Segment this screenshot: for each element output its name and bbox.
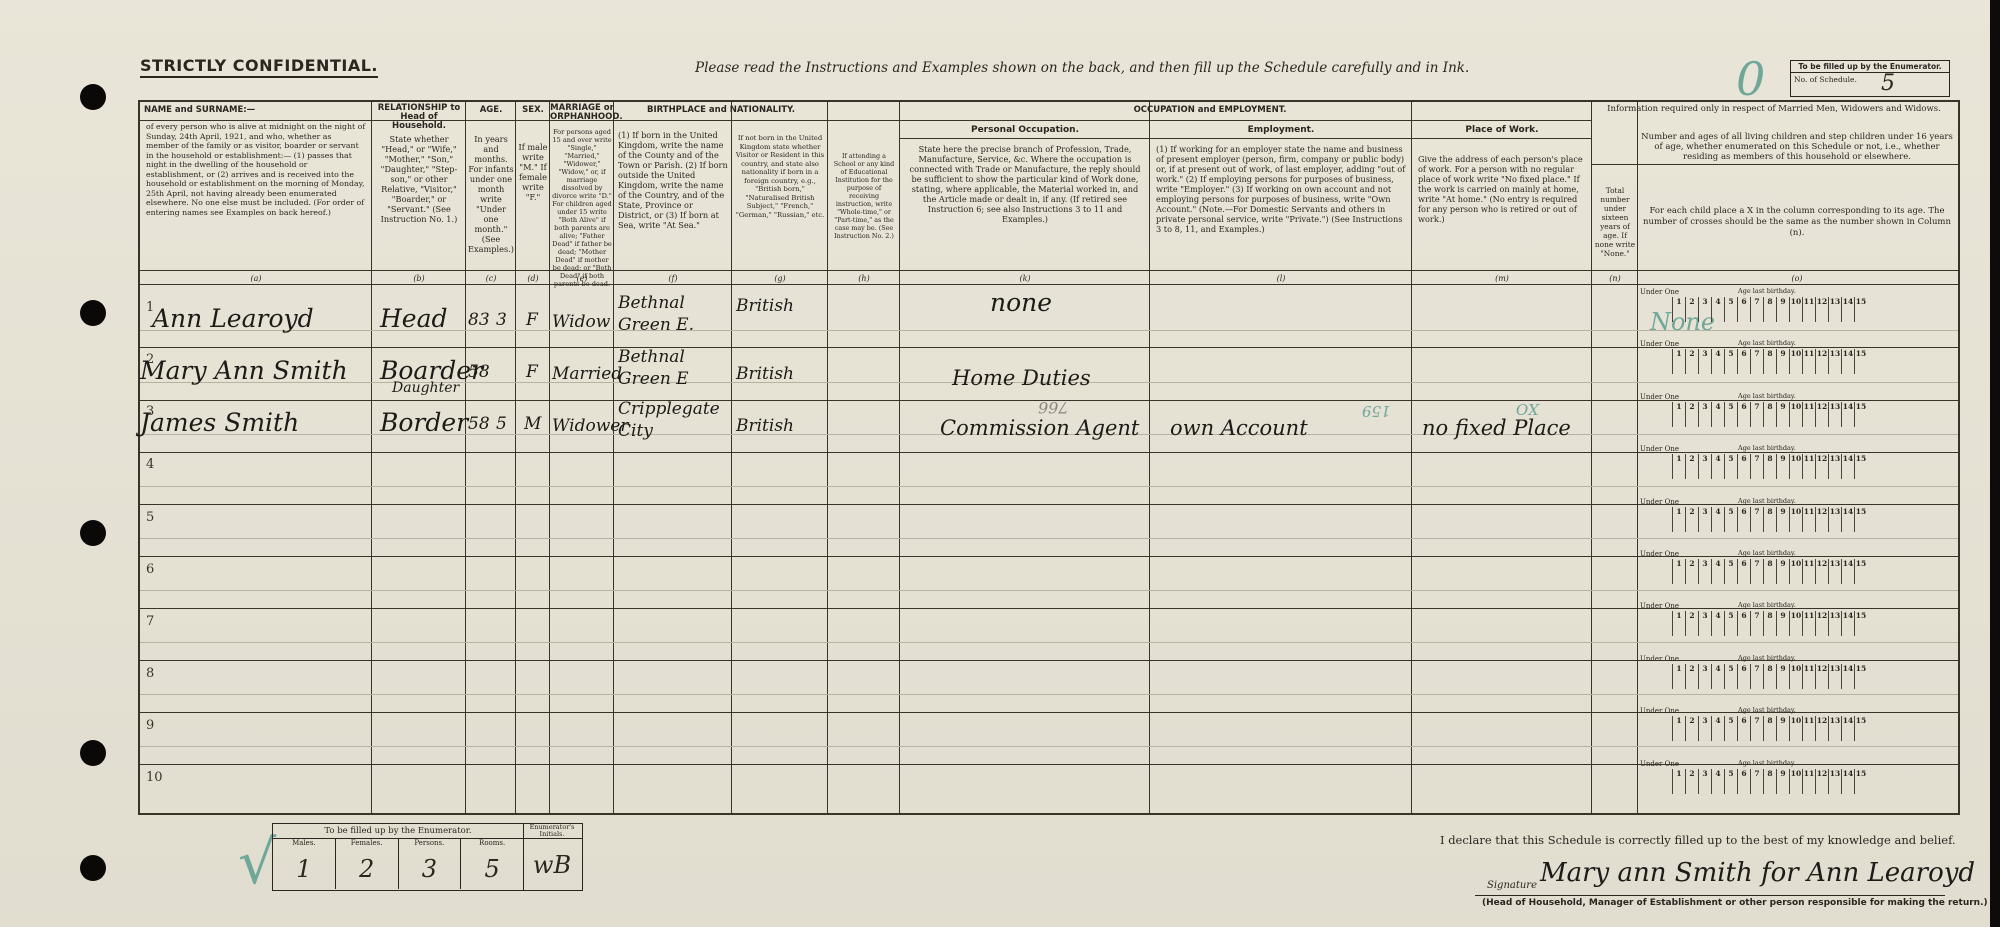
divider — [900, 138, 1592, 139]
age-cell-6[interactable]: 6 — [1737, 402, 1750, 427]
age-cell-13[interactable]: 13 — [1828, 664, 1841, 689]
row2-occupation: Home Duties — [952, 366, 1091, 390]
column-f: BIRTHPLACE and NATIONALITY. (1) If born … — [614, 102, 732, 813]
row1-age-years: 83 — [468, 310, 490, 330]
age-cell-7[interactable]: 7 — [1750, 664, 1763, 689]
age-cell-3[interactable]: 3 — [1698, 611, 1711, 636]
age-cell-5[interactable]: 5 — [1724, 297, 1737, 322]
age-cell-3[interactable]: 3 — [1698, 507, 1711, 532]
row1-birthplace: Bethnal Green E. — [618, 292, 728, 336]
enumerator-summary-box: To be filled up by the Enumerator. Males… — [272, 823, 524, 891]
age-cell-9[interactable]: 9 — [1776, 611, 1789, 636]
column-c: AGE. In years and months. For infants un… — [466, 102, 516, 813]
age-last-birthday-label: Age last birthday. — [1738, 497, 1796, 505]
column-b-letter: (b) — [372, 274, 466, 283]
age-last-birthday-label: Age last birthday. — [1738, 601, 1796, 609]
age-cell-15[interactable]: 15 — [1854, 611, 1867, 636]
column-b-header: RELATIONSHIP to Head of Household. — [374, 104, 464, 131]
column-k-header: Personal Occupation. — [900, 126, 1150, 135]
children-crosses-instructions: For each child place a X in the column c… — [1642, 206, 1952, 239]
column-k-letter: (k) — [900, 274, 1150, 283]
age-cell-12[interactable]: 12 — [1815, 559, 1828, 584]
age-cell-2[interactable]: 2 — [1685, 611, 1698, 636]
child-grid-row: Under One Age last birthday. 12345678910… — [1638, 494, 1956, 535]
age-cell-12[interactable]: 12 — [1815, 769, 1828, 794]
age-cell-6[interactable]: 6 — [1737, 716, 1750, 741]
age-cell-14[interactable]: 14 — [1841, 559, 1854, 584]
initials-label: Enumerator's Initials. — [522, 824, 582, 839]
column-f-instructions: (1) If born in the United Kingdom, write… — [618, 130, 728, 230]
age-columns: 123456789101112131415 — [1672, 716, 1867, 741]
row2-nationality: British — [736, 364, 794, 384]
age-cell-13[interactable]: 13 — [1828, 716, 1841, 741]
age-cell-11[interactable]: 11 — [1802, 402, 1815, 427]
column-g-instructions: If not born in the United Kingdom state … — [735, 134, 825, 219]
age-cell-13[interactable]: 13 — [1828, 769, 1841, 794]
age-cell-2[interactable]: 2 — [1685, 716, 1698, 741]
age-cell-13[interactable]: 13 — [1828, 559, 1841, 584]
age-cell-8[interactable]: 8 — [1763, 769, 1776, 794]
age-cell-13[interactable]: 13 — [1828, 611, 1841, 636]
age-cell-9[interactable]: 9 — [1776, 402, 1789, 427]
schedule-number-label: No. of Schedule. — [1794, 75, 1857, 84]
age-cell-1[interactable]: 1 — [1672, 664, 1685, 689]
rooms-field[interactable]: Rooms.5 — [461, 839, 523, 889]
age-cell-3[interactable]: 3 — [1698, 664, 1711, 689]
census-form-table: NAME and SURNAME:— of every person who i… — [138, 100, 1960, 815]
column-n: Total number under sixteen years of age.… — [1592, 102, 1638, 813]
age-cell-11[interactable]: 11 — [1802, 716, 1815, 741]
age-cell-11[interactable]: 11 — [1802, 297, 1815, 322]
age-cell-1[interactable]: 1 — [1672, 297, 1685, 322]
age-cell-4[interactable]: 4 — [1711, 507, 1724, 532]
age-cell-15[interactable]: 15 — [1854, 402, 1867, 427]
row1-name: Ann Learoyd — [152, 304, 314, 333]
age-cell-10[interactable]: 10 — [1789, 402, 1802, 427]
age-cell-12[interactable]: 12 — [1815, 507, 1828, 532]
age-columns: 123456789101112131415 — [1672, 559, 1867, 584]
age-cell-11[interactable]: 11 — [1802, 611, 1815, 636]
age-cell-5[interactable]: 5 — [1724, 349, 1737, 374]
under-one-label: Under One — [1640, 760, 1679, 768]
age-cell-2[interactable]: 2 — [1685, 507, 1698, 532]
column-k-instructions: State here the precise branch of Profess… — [906, 144, 1144, 224]
row3-place-code: XO — [1516, 400, 1539, 418]
child-grid-row: Under One Age last birthday. 12345678910… — [1638, 651, 1956, 692]
age-cell-4[interactable]: 4 — [1711, 716, 1724, 741]
age-cell-6[interactable]: 6 — [1737, 454, 1750, 479]
age-last-birthday-label: Age last birthday. — [1738, 759, 1796, 767]
females-value: 2 — [336, 855, 398, 883]
age-cell-5[interactable]: 5 — [1724, 454, 1737, 479]
column-c-header: AGE. — [466, 106, 516, 115]
age-cell-14[interactable]: 14 — [1841, 454, 1854, 479]
row3-nationality: British — [736, 416, 794, 436]
column-m-letter: (m) — [1412, 274, 1592, 283]
age-cell-1[interactable]: 1 — [1672, 454, 1685, 479]
persons-value: 3 — [399, 855, 461, 883]
age-cell-6[interactable]: 6 — [1737, 611, 1750, 636]
column-d-header: SEX. — [516, 106, 550, 115]
margin-annotation: 0 — [1736, 52, 1765, 106]
age-cell-8[interactable]: 8 — [1763, 349, 1776, 374]
row3-place-of-work: no fixed Place — [1422, 416, 1571, 440]
age-cell-9[interactable]: 9 — [1776, 297, 1789, 322]
age-cell-15[interactable]: 15 — [1854, 664, 1867, 689]
age-cell-6[interactable]: 6 — [1737, 769, 1750, 794]
scan-border — [1990, 0, 2000, 927]
age-columns: 123456789101112131415 — [1672, 507, 1867, 532]
age-cell-8[interactable]: 8 — [1763, 454, 1776, 479]
age-cell-15[interactable]: 15 — [1854, 716, 1867, 741]
punch-hole — [80, 520, 106, 546]
row-number: 4 — [146, 457, 154, 472]
age-cell-7[interactable]: 7 — [1750, 454, 1763, 479]
age-cell-12[interactable]: 12 — [1815, 454, 1828, 479]
persons-field[interactable]: Persons.3 — [399, 839, 462, 889]
under-one-label: Under One — [1640, 707, 1679, 715]
age-cell-4[interactable]: 4 — [1711, 769, 1724, 794]
under-one-label: Under One — [1640, 340, 1679, 348]
age-cell-8[interactable]: 8 — [1763, 507, 1776, 532]
age-cell-4[interactable]: 4 — [1711, 611, 1724, 636]
rooms-value: 5 — [461, 855, 523, 883]
age-cell-12[interactable]: 12 — [1815, 297, 1828, 322]
under-one-label: Under One — [1640, 498, 1679, 506]
age-cell-1[interactable]: 1 — [1672, 611, 1685, 636]
child-grid-row: Under One Age last birthday. 12345678910… — [1638, 284, 1956, 325]
age-last-birthday-label: Age last birthday. — [1738, 706, 1796, 714]
age-cell-1[interactable]: 1 — [1672, 402, 1685, 427]
column-l-instructions: (1) If working for an employer state the… — [1156, 144, 1406, 234]
age-cell-14[interactable]: 14 — [1841, 664, 1854, 689]
punch-hole — [80, 855, 106, 881]
age-cell-15[interactable]: 15 — [1854, 507, 1867, 532]
age-cell-14[interactable]: 14 — [1841, 349, 1854, 374]
under-one-label: Under One — [1640, 550, 1679, 558]
under-one-label: Under One — [1640, 393, 1679, 401]
age-columns: 123456789101112131415 — [1672, 454, 1867, 479]
column-b: RELATIONSHIP to Head of Household. State… — [372, 102, 466, 813]
age-cell-1[interactable]: 1 — [1672, 559, 1685, 584]
age-cell-2[interactable]: 2 — [1685, 769, 1698, 794]
age-cell-1[interactable]: 1 — [1672, 507, 1685, 532]
row-number: 10 — [146, 770, 163, 785]
column-m-instructions: Give the address of each person's place … — [1418, 154, 1586, 224]
row1-sex: F — [526, 310, 538, 330]
age-cell-1[interactable]: 1 — [1672, 716, 1685, 741]
child-grid-row: Under One Age last birthday. 12345678910… — [1638, 703, 1956, 744]
row3-occupation: Commission Agent — [940, 416, 1139, 440]
age-cell-7[interactable]: 7 — [1750, 611, 1763, 636]
age-cell-12[interactable]: 12 — [1815, 349, 1828, 374]
row2-birthplace: Bethnal Green E — [618, 346, 728, 390]
tick-mark: √ — [238, 828, 276, 898]
under-one-label: Under One — [1640, 602, 1679, 610]
age-cell-13[interactable]: 13 — [1828, 297, 1841, 322]
divider — [140, 120, 614, 121]
age-cell-8[interactable]: 8 — [1763, 716, 1776, 741]
signature-label: Signature — [1487, 880, 1537, 891]
age-cell-10[interactable]: 10 — [1789, 297, 1802, 322]
age-cell-3[interactable]: 3 — [1698, 349, 1711, 374]
under-one-label: Under One — [1640, 288, 1679, 296]
row3-marriage: Widower — [552, 416, 628, 436]
initials-value: wB — [522, 851, 582, 879]
rooms-label: Rooms. — [461, 839, 523, 847]
age-cell-12[interactable]: 12 — [1815, 664, 1828, 689]
enumerator-initials-box[interactable]: Enumerator's Initials. wB — [522, 823, 583, 891]
signature-line — [1475, 895, 1945, 896]
age-cell-12[interactable]: 12 — [1815, 402, 1828, 427]
column-h-letter: (h) — [828, 274, 900, 283]
signature-caption: (Head of Household, Manager of Establish… — [1482, 898, 1988, 908]
declaration-text: I declare that this Schedule is correctl… — [1440, 833, 1956, 847]
age-cell-7[interactable]: 7 — [1750, 769, 1763, 794]
age-cell-6[interactable]: 6 — [1737, 507, 1750, 532]
column-a: NAME and SURNAME:— of every person who i… — [140, 102, 372, 813]
column-e: MARRIAGE or ORPHANHOOD. For persons aged… — [550, 102, 614, 813]
age-cell-5[interactable]: 5 — [1724, 611, 1737, 636]
age-last-birthday-label: Age last birthday. — [1738, 654, 1796, 662]
age-cell-8[interactable]: 8 — [1763, 402, 1776, 427]
column-l: Employment. (1) If working for an employ… — [1150, 102, 1412, 813]
age-last-birthday-label: Age last birthday. — [1738, 444, 1796, 452]
age-cell-4[interactable]: 4 — [1711, 402, 1724, 427]
age-cell-11[interactable]: 11 — [1802, 559, 1815, 584]
occupation-group-header: OCCUPATION and EMPLOYMENT. — [828, 106, 1592, 115]
row1-occupation: none — [990, 288, 1052, 317]
age-cell-9[interactable]: 9 — [1776, 769, 1789, 794]
age-cell-13[interactable]: 13 — [1828, 349, 1841, 374]
age-cell-11[interactable]: 11 — [1802, 769, 1815, 794]
age-cell-10[interactable]: 10 — [1789, 769, 1802, 794]
column-m-header: Place of Work. — [1412, 126, 1592, 135]
age-cell-10[interactable]: 10 — [1789, 349, 1802, 374]
row1-age-months: 3 — [496, 310, 507, 330]
column-f-letter: (f) — [614, 274, 732, 283]
age-cell-11[interactable]: 11 — [1802, 507, 1815, 532]
age-cell-2[interactable]: 2 — [1685, 664, 1698, 689]
age-cell-11[interactable]: 11 — [1802, 349, 1815, 374]
age-cell-10[interactable]: 10 — [1789, 716, 1802, 741]
row3-employment-code: 159 — [1362, 402, 1391, 420]
age-cell-12[interactable]: 12 — [1815, 611, 1828, 636]
age-cell-14[interactable]: 14 — [1841, 297, 1854, 322]
age-columns: 123456789101112131415 — [1672, 297, 1867, 322]
row-number: 5 — [146, 510, 154, 525]
row-number: 7 — [146, 614, 154, 629]
column-d-letter: (d) — [516, 274, 550, 283]
age-cell-7[interactable]: 7 — [1750, 297, 1763, 322]
age-cell-14[interactable]: 14 — [1841, 716, 1854, 741]
males-label: Males. — [273, 839, 335, 847]
age-cell-4[interactable]: 4 — [1711, 349, 1724, 374]
age-cell-9[interactable]: 9 — [1776, 507, 1789, 532]
age-cell-14[interactable]: 14 — [1841, 611, 1854, 636]
age-cell-3[interactable]: 3 — [1698, 402, 1711, 427]
age-cell-5[interactable]: 5 — [1724, 507, 1737, 532]
widow-info-header: Information required only in respect of … — [1596, 104, 1952, 114]
column-n-letter: (n) — [1592, 274, 1638, 283]
column-a-letter: (a) — [140, 274, 372, 283]
row3-age-months: 5 — [496, 414, 507, 434]
age-cell-10[interactable]: 10 — [1789, 507, 1802, 532]
age-cell-3[interactable]: 3 — [1698, 769, 1711, 794]
schedule-number-box: To be filled up by the Enumerator. No. o… — [1790, 60, 1950, 97]
age-cell-6[interactable]: 6 — [1737, 664, 1750, 689]
age-cell-6[interactable]: 6 — [1737, 559, 1750, 584]
age-cell-3[interactable]: 3 — [1698, 559, 1711, 584]
age-columns: 123456789101112131415 — [1672, 402, 1867, 427]
age-cell-13[interactable]: 13 — [1828, 454, 1841, 479]
age-cell-10[interactable]: 10 — [1789, 611, 1802, 636]
age-columns: 123456789101112131415 — [1672, 611, 1867, 636]
row2-name: Mary Ann Smith — [140, 356, 348, 385]
row2-marriage: Married — [552, 364, 622, 384]
age-cell-9[interactable]: 9 — [1776, 349, 1789, 374]
age-cell-11[interactable]: 11 — [1802, 664, 1815, 689]
age-cell-15[interactable]: 15 — [1854, 349, 1867, 374]
column-l-letter: (l) — [1150, 274, 1412, 283]
age-cell-4[interactable]: 4 — [1711, 664, 1724, 689]
age-cell-12[interactable]: 12 — [1815, 716, 1828, 741]
males-field[interactable]: Males.1 — [273, 839, 336, 889]
child-grid-row: Under One Age last birthday. 12345678910… — [1638, 546, 1956, 587]
age-cell-3[interactable]: 3 — [1698, 716, 1711, 741]
age-cell-10[interactable]: 10 — [1789, 664, 1802, 689]
females-field[interactable]: Females.2 — [336, 839, 399, 889]
row2-age-years: 58 — [468, 362, 490, 382]
age-cell-1[interactable]: 1 — [1672, 769, 1685, 794]
column-c-instructions: In years and months. For infants under o… — [468, 134, 514, 254]
age-cell-14[interactable]: 14 — [1841, 402, 1854, 427]
females-label: Females. — [336, 839, 398, 847]
age-cell-9[interactable]: 9 — [1776, 559, 1789, 584]
punch-hole — [80, 84, 106, 110]
row2-relationship-correction: Daughter — [392, 380, 459, 396]
age-cell-15[interactable]: 15 — [1854, 559, 1867, 584]
age-cell-5[interactable]: 5 — [1724, 559, 1737, 584]
age-cell-10[interactable]: 10 — [1789, 559, 1802, 584]
age-cell-13[interactable]: 13 — [1828, 507, 1841, 532]
age-cell-4[interactable]: 4 — [1711, 297, 1724, 322]
child-grid-row: Under One Age last birthday. 12345678910… — [1638, 441, 1956, 482]
instruction-banner: Please read the Instructions and Example… — [695, 60, 1469, 76]
age-cell-7[interactable]: 7 — [1750, 559, 1763, 584]
schedule-number-value: 5 — [1881, 71, 1895, 96]
persons-label: Persons. — [399, 839, 461, 847]
column-a-header: NAME and SURNAME:— — [144, 106, 255, 115]
column-d-instructions: If male write "M." If female write "F." — [518, 142, 548, 202]
column-g: If not born in the United Kingdom state … — [732, 102, 828, 813]
age-cell-6[interactable]: 6 — [1737, 349, 1750, 374]
column-n-instructions: Total number under sixteen years of age.… — [1594, 186, 1636, 258]
row3-relationship: Border — [380, 408, 468, 437]
age-cell-6[interactable]: 6 — [1737, 297, 1750, 322]
age-cell-14[interactable]: 14 — [1841, 507, 1854, 532]
column-c-letter: (c) — [466, 274, 516, 283]
age-cell-7[interactable]: 7 — [1750, 716, 1763, 741]
row1-nationality: British — [736, 296, 794, 316]
age-cell-9[interactable]: 9 — [1776, 716, 1789, 741]
signature-value[interactable]: Mary ann Smith for Ann Learoyd — [1540, 858, 1975, 888]
row-number: 8 — [146, 666, 154, 681]
census-schedule-page: STRICTLY CONFIDENTIAL. Please read the I… — [0, 0, 1990, 927]
age-cell-7[interactable]: 7 — [1750, 349, 1763, 374]
age-cell-2[interactable]: 2 — [1685, 297, 1698, 322]
age-cell-8[interactable]: 8 — [1763, 559, 1776, 584]
row3-birthplace: Cripplegate City — [618, 398, 728, 442]
age-cell-5[interactable]: 5 — [1724, 769, 1737, 794]
age-cell-10[interactable]: 10 — [1789, 454, 1802, 479]
column-h: If attending a School or any kind of Edu… — [828, 102, 900, 813]
column-e-instructions: For persons aged 15 and over write "Sing… — [552, 128, 612, 288]
column-a-instructions: of every person who is alive at midnight… — [146, 122, 366, 217]
age-cell-2[interactable]: 2 — [1685, 349, 1698, 374]
age-cell-1[interactable]: 1 — [1672, 349, 1685, 374]
age-cell-15[interactable]: 15 — [1854, 297, 1867, 322]
age-last-birthday-label: Age last birthday. — [1738, 549, 1796, 557]
age-cell-5[interactable]: 5 — [1724, 402, 1737, 427]
age-cell-9[interactable]: 9 — [1776, 664, 1789, 689]
age-cell-4[interactable]: 4 — [1711, 454, 1724, 479]
row3-name: James Smith — [140, 408, 299, 437]
row1-marriage: Widow — [552, 312, 610, 332]
age-cell-2[interactable]: 2 — [1685, 559, 1698, 584]
child-grid-row: Under One Age last birthday. 12345678910… — [1638, 756, 1956, 797]
age-cell-8[interactable]: 8 — [1763, 664, 1776, 689]
column-h-instructions: If attending a School or any kind of Edu… — [831, 152, 897, 240]
age-cell-8[interactable]: 8 — [1763, 611, 1776, 636]
age-cell-15[interactable]: 15 — [1854, 454, 1867, 479]
under-one-label: Under One — [1640, 655, 1679, 663]
row3-age-years: 58 — [468, 414, 490, 434]
age-last-birthday-label: Age last birthday. — [1738, 392, 1796, 400]
column-e-letter: (e) — [550, 274, 614, 283]
age-cell-13[interactable]: 13 — [1828, 402, 1841, 427]
punch-hole — [80, 300, 106, 326]
age-cell-14[interactable]: 14 — [1841, 769, 1854, 794]
confidential-label: STRICTLY CONFIDENTIAL. — [140, 56, 378, 78]
age-cell-11[interactable]: 11 — [1802, 454, 1815, 479]
age-cell-9[interactable]: 9 — [1776, 454, 1789, 479]
column-o-letter: (o) — [1638, 274, 1956, 283]
enumerator-summary-title: To be filled up by the Enumerator. — [273, 824, 523, 839]
row3-employment: own Account — [1170, 416, 1308, 440]
divider — [1592, 164, 1958, 165]
males-value: 1 — [273, 855, 335, 883]
age-cell-2[interactable]: 2 — [1685, 454, 1698, 479]
age-cell-3[interactable]: 3 — [1698, 297, 1711, 322]
age-cell-5[interactable]: 5 — [1724, 664, 1737, 689]
age-cell-15[interactable]: 15 — [1854, 769, 1867, 794]
age-cell-2[interactable]: 2 — [1685, 402, 1698, 427]
children-instructions-subheader: Number and ages of all living children a… — [1640, 132, 1954, 162]
age-cell-7[interactable]: 7 — [1750, 402, 1763, 427]
age-cell-3[interactable]: 3 — [1698, 454, 1711, 479]
column-l-header: Employment. — [1150, 126, 1412, 135]
age-cell-5[interactable]: 5 — [1724, 716, 1737, 741]
child-grid-row: Under One Age last birthday. 12345678910… — [1638, 336, 1956, 377]
children-age-grid: Under One Age last birthday. 12345678910… — [1638, 284, 1956, 813]
age-cell-7[interactable]: 7 — [1750, 507, 1763, 532]
age-cell-8[interactable]: 8 — [1763, 297, 1776, 322]
divider — [828, 120, 1592, 121]
divider — [614, 120, 828, 121]
column-m: Place of Work. Give the address of each … — [1412, 102, 1592, 813]
age-cell-4[interactable]: 4 — [1711, 559, 1724, 584]
